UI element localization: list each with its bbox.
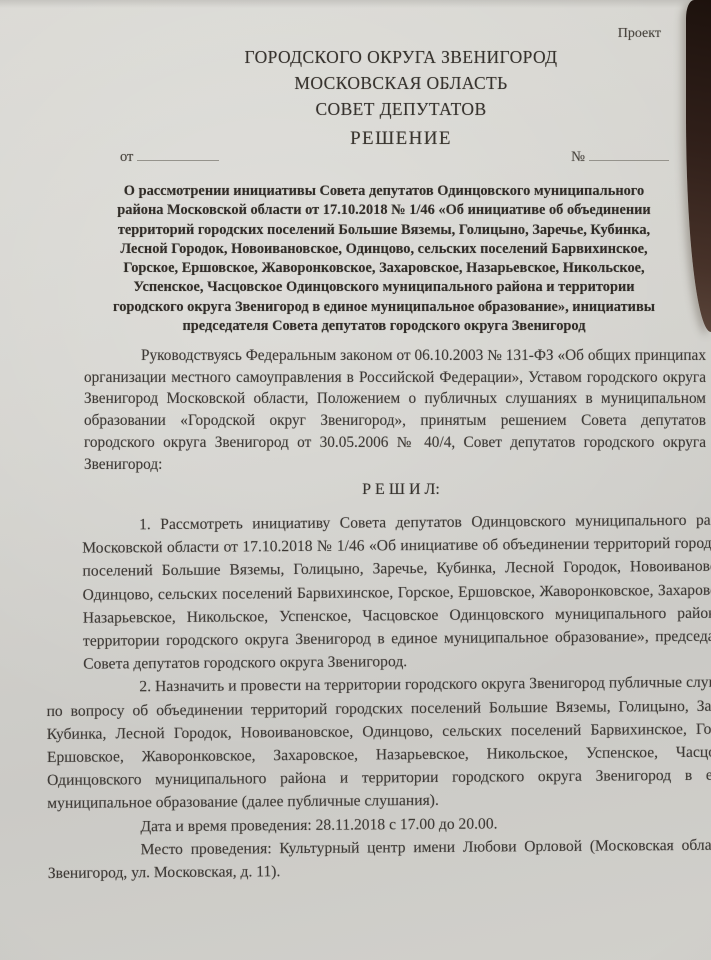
hearing-venue-line: Место проведения: Культурный центр имени… <box>48 833 711 885</box>
resolution-body: 1. Рассмотреть инициативу Совета депутат… <box>0 508 711 886</box>
document-photo: Проект ГОРОДСКОГО ОКРУГА ЗВЕНИГОРОД МОСК… <box>0 0 711 960</box>
date-number-row: от № <box>120 147 669 166</box>
photo-background-corner <box>686 0 711 332</box>
org-header: ГОРОДСКОГО ОКРУГА ЗВЕНИГОРОД МОСКОВСКАЯ … <box>118 44 684 122</box>
resolution-item-2: 2. Назначить и провести на территории го… <box>46 671 711 816</box>
preamble-paragraph: Руководствуясь Федеральным законом от 06… <box>84 345 706 475</box>
resolved-heading: Р Е Ш И Л: <box>118 481 684 499</box>
resolution-item-1: 1. Рассмотреть инициативу Совета депутат… <box>82 508 711 676</box>
number-label: № <box>571 149 585 165</box>
org-header-line: МОСКОВСКАЯ ОБЛАСТЬ <box>118 70 684 96</box>
date-blank-line <box>137 147 219 161</box>
project-label: Проект <box>618 26 661 42</box>
number-blank-line <box>589 147 669 161</box>
date-field: от <box>120 147 219 166</box>
subject-paragraph: О рассмотрении инициативы Совета депутат… <box>100 182 668 336</box>
number-field: № <box>571 147 669 166</box>
org-header-line: ГОРОДСКОГО ОКРУГА ЗВЕНИГОРОД <box>118 44 684 70</box>
org-header-line: СОВЕТ ДЕПУТАТОВ <box>118 96 684 122</box>
date-label: от <box>120 149 133 165</box>
